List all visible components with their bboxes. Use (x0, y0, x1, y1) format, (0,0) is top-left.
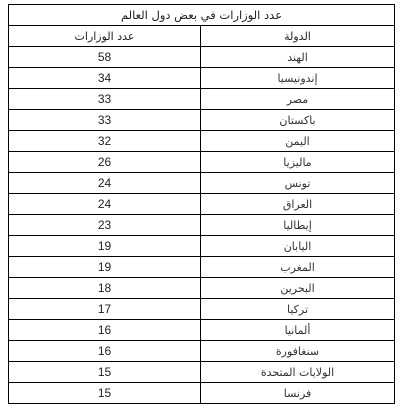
country-cell: الولايات المتحدة (201, 362, 395, 383)
count-cell: 19 (9, 236, 201, 257)
country-cell: تركيا (201, 299, 395, 320)
country-cell: ماليزيا (201, 152, 395, 173)
count-cell: 17 (9, 299, 201, 320)
table-row: ماليزيا 26 (9, 152, 395, 173)
count-cell: 15 (9, 362, 201, 383)
count-cell: 19 (9, 257, 201, 278)
table-row: تونس 24 (9, 173, 395, 194)
ministries-table: عدد الوزارات في بعض دول العالم الدولة عد… (8, 4, 395, 404)
country-cell: البحرين (201, 278, 395, 299)
count-cell: 24 (9, 173, 201, 194)
count-cell: 23 (9, 215, 201, 236)
table-row: ألمانيا 16 (9, 320, 395, 341)
page: عدد الوزارات في بعض دول العالم الدولة عد… (0, 0, 400, 410)
count-cell: 34 (9, 68, 201, 89)
country-cell: مصر (201, 89, 395, 110)
table-title-row: عدد الوزارات في بعض دول العالم (9, 5, 395, 26)
table-row: اليابان 19 (9, 236, 395, 257)
count-cell: 33 (9, 110, 201, 131)
table-title: عدد الوزارات في بعض دول العالم (9, 5, 395, 26)
country-cell: إيطاليا (201, 215, 395, 236)
table-row: المغرب 19 (9, 257, 395, 278)
country-cell: اليابان (201, 236, 395, 257)
table-row: اليمن 32 (9, 131, 395, 152)
table-row: فرنسا 15 (9, 383, 395, 404)
table-row: البحرين 18 (9, 278, 395, 299)
country-cell: المغرب (201, 257, 395, 278)
count-cell: 33 (9, 89, 201, 110)
table-row: الولايات المتحدة 15 (9, 362, 395, 383)
count-cell: 15 (9, 383, 201, 404)
count-cell: 16 (9, 341, 201, 362)
table-row: باكستان 33 (9, 110, 395, 131)
country-cell: تونس (201, 173, 395, 194)
count-cell: 16 (9, 320, 201, 341)
country-cell: فرنسا (201, 383, 395, 404)
count-cell: 18 (9, 278, 201, 299)
country-cell: إندونيسيا (201, 68, 395, 89)
country-cell: الهند (201, 47, 395, 68)
table-row: سنغافورة 16 (9, 341, 395, 362)
country-cell: اليمن (201, 131, 395, 152)
table-row: إيطاليا 23 (9, 215, 395, 236)
count-cell: 32 (9, 131, 201, 152)
country-cell: سنغافورة (201, 341, 395, 362)
header-count: عدد الوزارات (9, 26, 201, 47)
count-cell: 58 (9, 47, 201, 68)
count-cell: 26 (9, 152, 201, 173)
table-row: الهند 58 (9, 47, 395, 68)
table-row: العراق 24 (9, 194, 395, 215)
table-row: إندونيسيا 34 (9, 68, 395, 89)
table-row: تركيا 17 (9, 299, 395, 320)
country-cell: باكستان (201, 110, 395, 131)
header-country: الدولة (201, 26, 395, 47)
country-cell: العراق (201, 194, 395, 215)
count-cell: 24 (9, 194, 201, 215)
table-row: مصر 33 (9, 89, 395, 110)
table-header-row: الدولة عدد الوزارات (9, 26, 395, 47)
country-cell: ألمانيا (201, 320, 395, 341)
